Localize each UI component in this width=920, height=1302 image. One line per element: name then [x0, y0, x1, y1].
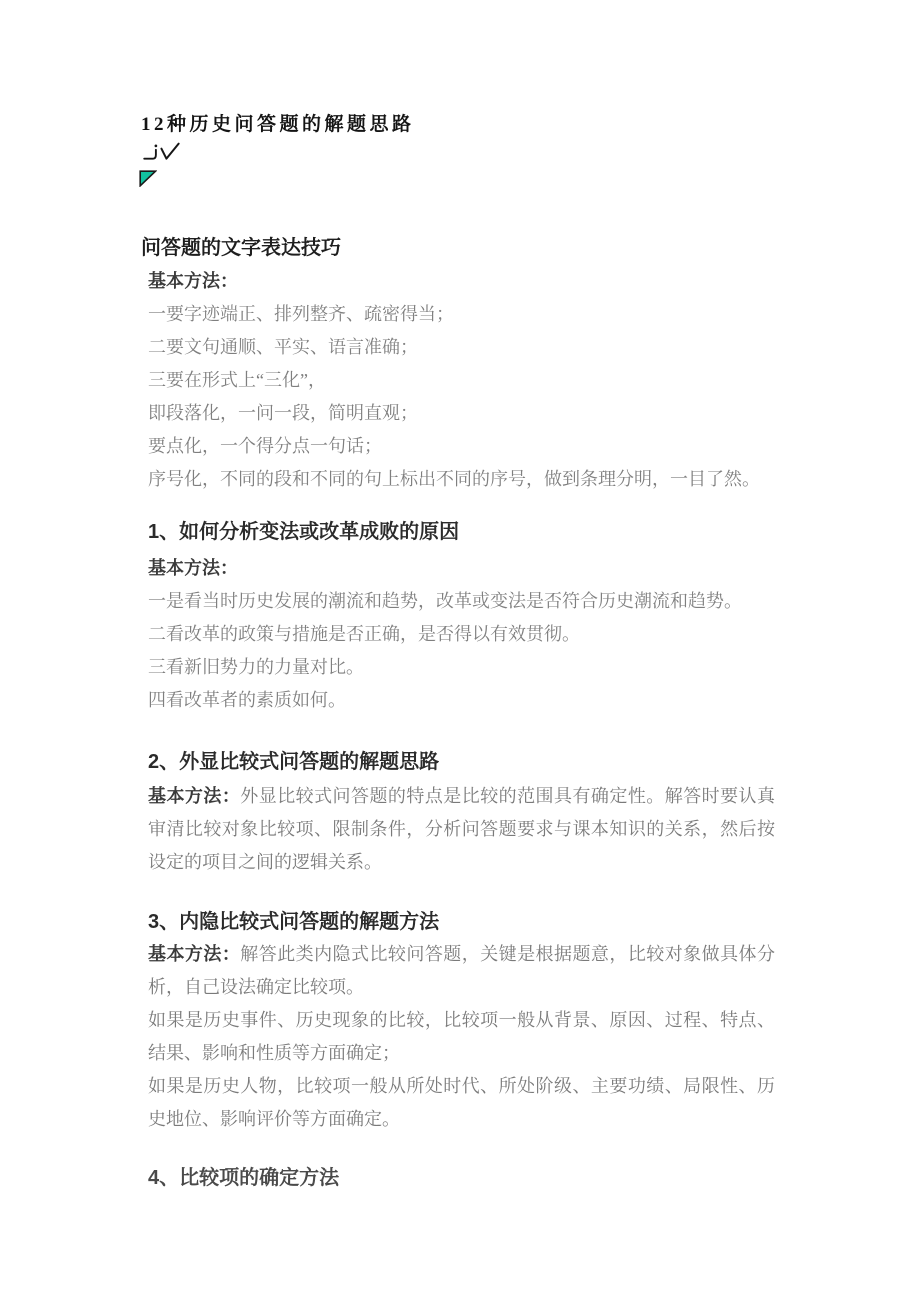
- section-3-paragraph: 如果是历史人物，比较项一般从所处时代、所处阶级、主要功绩、局限性、历史地位、影响…: [148, 1070, 775, 1136]
- section-heading-1: 1、如何分析变法或改革成败的原因: [148, 518, 775, 546]
- body-line: 三看新旧势力的力量对比。: [148, 651, 775, 684]
- section-heading-4: 4、比较项的确定方法: [148, 1164, 775, 1192]
- body-line: 序号化，不同的段和不同的句上标出不同的序号，做到条理分明，一目了然。: [148, 463, 775, 496]
- method-label: 基本方法：: [148, 786, 240, 806]
- intro-heading: 问答题的文字表达技巧: [141, 235, 775, 261]
- section-3-body: 基本方法：解答此类内隐式比较问答题，关键是根据题意，比较对象做具体分析，自己设法…: [148, 938, 775, 1136]
- paragraph-text: 如果是历史人物，比较项一般从所处时代、所处阶级、主要功绩、局限性、历史地位、影响…: [148, 1076, 775, 1129]
- section-heading-2: 2、外显比较式问答题的解题思路: [148, 748, 775, 776]
- method-label: 基本方法：: [148, 552, 775, 585]
- corner-flag-icon: [139, 170, 157, 187]
- document-content: 12种历史问答题的解题思路 问答题的文字表达技巧 基本方法： 一要字迹端正、排列…: [148, 0, 775, 1192]
- paragraph-text: 如果是历史事件、历史现象的比较，比较项一般从背景、原因、过程、特点、结果、影响和…: [148, 1010, 775, 1063]
- body-line: 要点化，一个得分点一句话；: [148, 430, 775, 463]
- body-line: 三要在形式上“三化”，: [148, 364, 775, 397]
- document-page: 12种历史问答题的解题思路 问答题的文字表达技巧 基本方法： 一要字迹端正、排列…: [0, 0, 920, 1302]
- body-line: 四看改革者的素质如何。: [148, 684, 775, 717]
- method-label: 基本方法：: [148, 265, 775, 298]
- body-line: 一是看当时历史发展的潮流和趋势，改革或变法是否符合历史潮流和趋势。: [148, 585, 775, 618]
- body-line: 二要文句通顺、平实、语言准确；: [148, 331, 775, 364]
- section-3-paragraph: 基本方法：解答此类内隐式比较问答题，关键是根据题意，比较对象做具体分析，自己设法…: [148, 938, 775, 1004]
- document-title: 12种历史问答题的解题思路: [141, 112, 775, 138]
- ink-scribble-icon: [142, 141, 182, 163]
- section-heading-3: 3、内隐比较式问答题的解题方法: [148, 908, 775, 936]
- body-line: 一要字迹端正、排列整齐、疏密得当；: [148, 298, 775, 331]
- body-line: 即段落化，一问一段，简明直观；: [148, 397, 775, 430]
- section-3-paragraph: 如果是历史事件、历史现象的比较，比较项一般从背景、原因、过程、特点、结果、影响和…: [148, 1004, 775, 1070]
- section-1-lines: 基本方法： 一是看当时历史发展的潮流和趋势，改革或变法是否符合历史潮流和趋势。 …: [148, 552, 775, 717]
- intro-lines: 基本方法： 一要字迹端正、排列整齐、疏密得当； 二要文句通顺、平实、语言准确； …: [148, 265, 775, 496]
- section-2-paragraph: 基本方法：外显比较式问答题的特点是比较的范围具有确定性。解答时要认真审清比较对象…: [148, 780, 775, 879]
- body-line: 二看改革的政策与措施是否正确，是否得以有效贯彻。: [148, 618, 775, 651]
- paragraph-text: 解答此类内隐式比较问答题，关键是根据题意，比较对象做具体分析，自己设法确定比较项…: [148, 944, 775, 997]
- paragraph-text: 外显比较式问答题的特点是比较的范围具有确定性。解答时要认真审清比较对象比较项、限…: [148, 786, 775, 872]
- method-label: 基本方法：: [148, 944, 240, 964]
